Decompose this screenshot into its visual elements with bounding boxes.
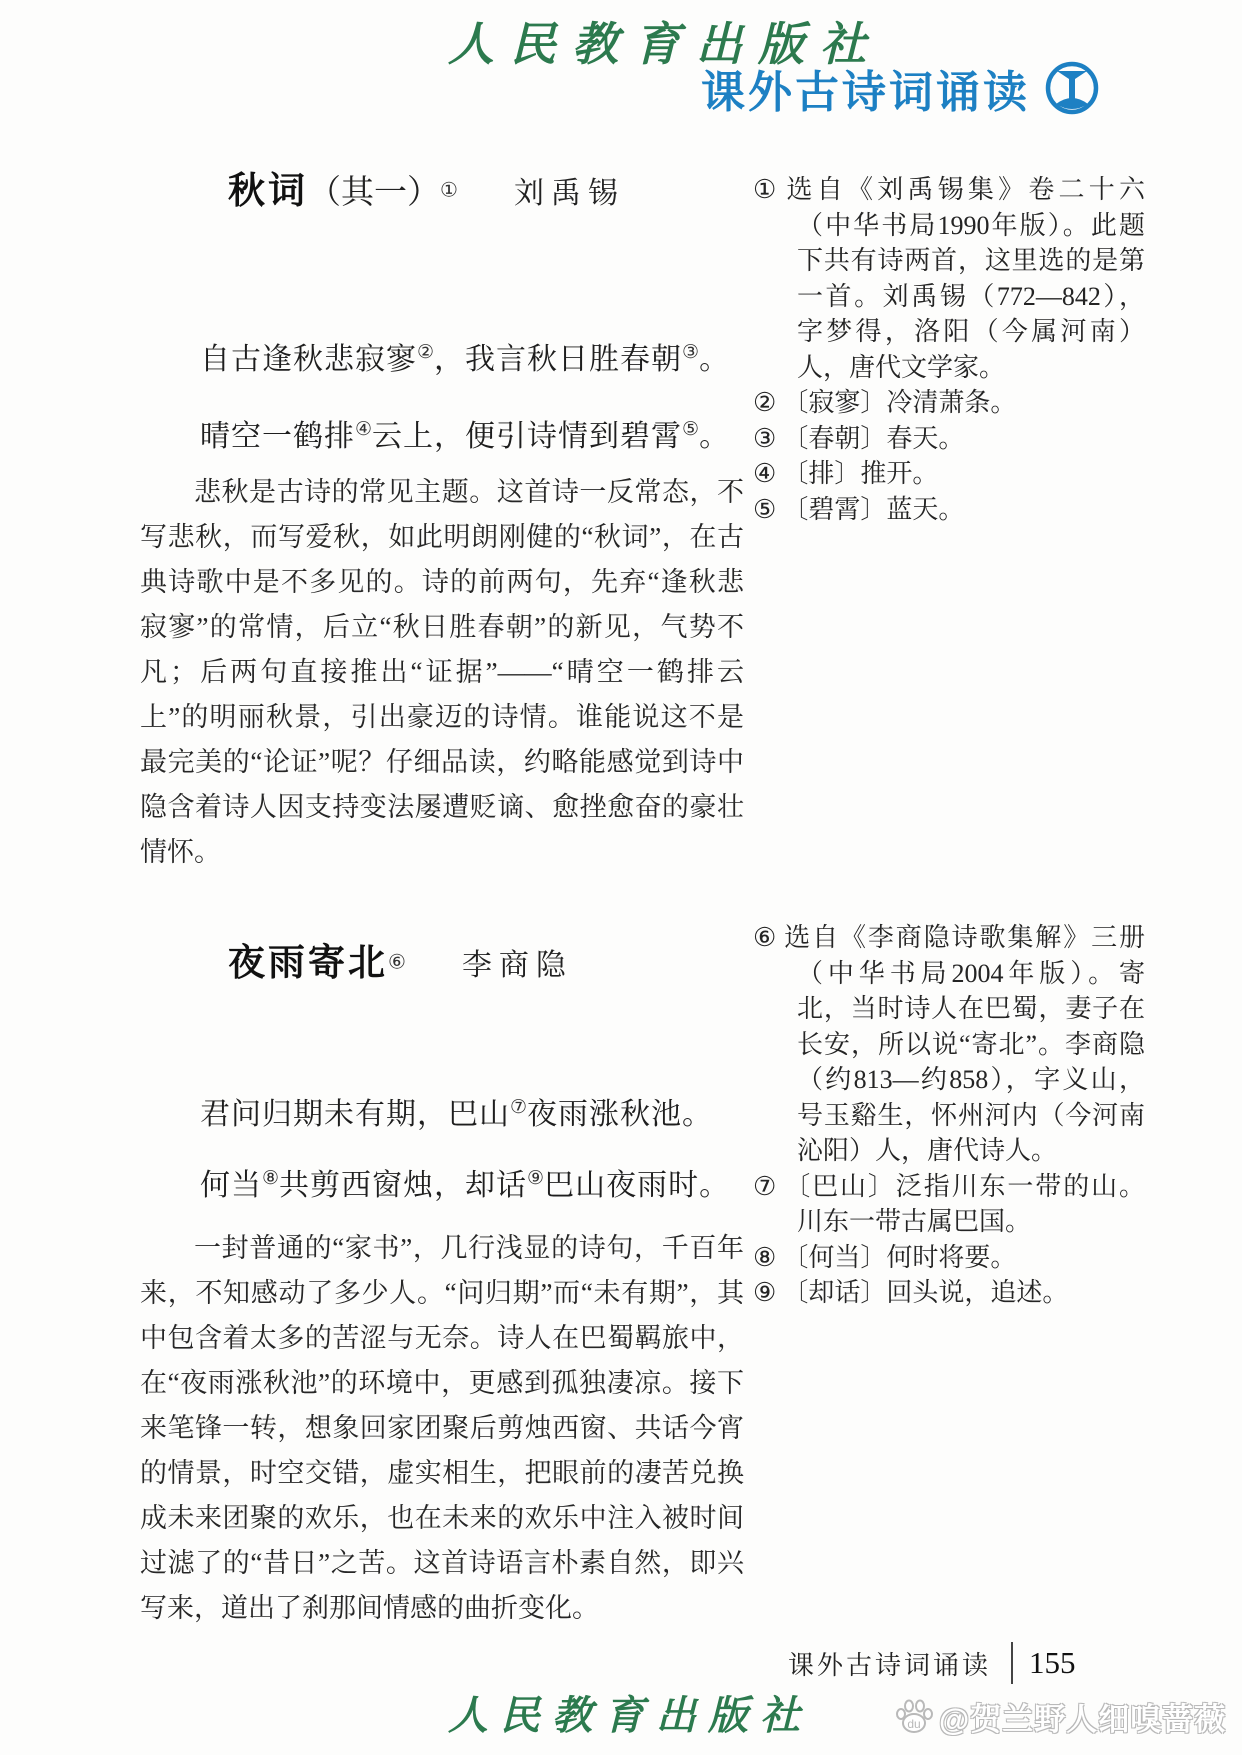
footnote-number: ⑦ — [753, 1172, 778, 1201]
footnote-number: ⑧ — [753, 1243, 776, 1272]
footnote-number: ⑨ — [753, 1278, 776, 1307]
poem1-author: 刘禹锡 — [514, 177, 625, 210]
footnote-text: 〔碧霄〕蓝天。 — [782, 495, 964, 524]
publisher-logo-bottom: 人民教育出版社 — [360, 1684, 900, 1741]
poem-text-segment: ，我言秋日胜春朝 — [434, 343, 682, 376]
poem-text-segment: 。 — [699, 420, 730, 453]
footnote-item: ⑧〔何当〕何时将要。 — [753, 1240, 1145, 1276]
poem2-lines: 君问归期未有期，巴山⑦夜雨涨秋池。何当⑧共剪西窗烛，却话⑨巴山夜雨时。 — [200, 1076, 730, 1218]
page-footer: 课外古诗词诵读 155 — [788, 1640, 1076, 1686]
poem-text-segment: 。 — [699, 343, 730, 376]
footnote-ref: ④ — [355, 419, 372, 440]
footnote-ref: ② — [417, 342, 434, 363]
footnote-ref: ③ — [682, 342, 699, 363]
poem-text-segment: 君问归期未有期，巴山 — [200, 1098, 510, 1131]
watermark: du @贺兰野人细嗅蔷薇 — [893, 1694, 1226, 1739]
footnote-number: ④ — [753, 459, 776, 488]
footnote-text: 〔排〕推开。 — [782, 459, 938, 488]
footnotes-column-2: ⑥选自《李商隐诗歌集解》三册（中华书局2004年版）。寄北，当时诗人在巴蜀，妻子… — [753, 920, 1145, 1311]
footnote-text: 〔巴山〕泛指川东一带的山。川东一带古属巴国。 — [784, 1172, 1145, 1237]
poem1-commentary: 悲秋是古诗的常见主题。这首诗一反常态，不写悲秋，而写爱秋，如此明朗刚健的“秋词”… — [140, 470, 744, 875]
poem1-footnote-ref: ① — [440, 180, 458, 202]
poem-text-segment: 共剪西窗烛，却话 — [279, 1169, 527, 1202]
footnote-number: ⑥ — [753, 923, 778, 952]
footer-divider — [1011, 1642, 1013, 1684]
poem-text-segment: 云上，便引诗情到碧霄 — [372, 420, 682, 453]
poem-line: 晴空一鹤排④云上，便引诗情到碧霄⑤。 — [200, 395, 730, 472]
poem-text-segment: 自古逢秋悲寂寥 — [200, 343, 417, 376]
poem2-title-row: 夜雨寄北⑥李商隐 — [228, 932, 573, 986]
textbook-page: 人民教育出版社 课外古诗词诵读 秋词（其一）①刘禹锡 自古逢秋悲寂寥②，我言秋日… — [0, 0, 1242, 1755]
page-title: 课外古诗词诵读 — [701, 56, 1030, 120]
poem2-commentary: 一封普通的“家书”，几行浅显的诗句，千百年来，不知感动了多少人。“问归期”而“未… — [140, 1226, 744, 1631]
footnotes-column-1: ①选自《刘禹锡集》卷二十六（中华书局1990年版）。此题下共有诗两首，这里选的是… — [753, 172, 1145, 527]
poem-text-segment: 巴山夜雨时。 — [544, 1169, 730, 1202]
poem-line: 自古逢秋悲寂寥②，我言秋日胜春朝③。 — [200, 318, 730, 395]
footnote-item: ⑥选自《李商隐诗歌集解》三册（中华书局2004年版）。寄北，当时诗人在巴蜀，妻子… — [753, 920, 1145, 1169]
footnote-item: ⑨〔却话〕回头说，追述。 — [753, 1275, 1145, 1311]
footnote-text: 〔何当〕何时将要。 — [782, 1243, 1016, 1272]
footnote-text: 选自《李商隐诗歌集解》三册（中华书局2004年版）。寄北，当时诗人在巴蜀，妻子在… — [784, 923, 1145, 1165]
footnote-item: ③〔春朝〕春天。 — [753, 421, 1145, 457]
poem-text-segment: 夜雨涨秋池。 — [527, 1098, 713, 1131]
footnote-number: ① — [753, 175, 781, 204]
footer-page-number: 155 — [1029, 1645, 1076, 1681]
poem-text-segment: 何当 — [200, 1169, 262, 1202]
footnote-ref: ⑨ — [527, 1168, 544, 1189]
footnote-item: ⑤〔碧霄〕蓝天。 — [753, 492, 1145, 528]
poem-text-segment: 晴空一鹤排 — [200, 420, 355, 453]
poem2-footnote-ref: ⑥ — [388, 952, 406, 974]
footnote-ref: ⑧ — [262, 1168, 279, 1189]
footnote-text: 〔春朝〕春天。 — [782, 424, 964, 453]
poem1-title: 秋词 — [228, 171, 308, 212]
footnote-number: ⑤ — [753, 495, 776, 524]
volume-1-circle-icon — [1044, 60, 1100, 116]
footnote-text: 〔寂寥〕冷清萧条。 — [782, 388, 1016, 417]
poem-line: 何当⑧共剪西窗烛，却话⑨巴山夜雨时。 — [200, 1147, 730, 1218]
footnote-item: ①选自《刘禹锡集》卷二十六（中华书局1990年版）。此题下共有诗两首，这里选的是… — [753, 172, 1145, 385]
poem1-title-row: 秋词（其一）①刘禹锡 — [228, 160, 625, 214]
footnote-item: ④〔排〕推开。 — [753, 456, 1145, 492]
footnote-item: ⑦〔巴山〕泛指川东一带的山。川东一带古属巴国。 — [753, 1169, 1145, 1240]
watermark-text: @贺兰野人细嗅蔷薇 — [939, 1694, 1226, 1739]
baidu-paw-icon: du — [893, 1696, 935, 1738]
footnote-ref: ⑦ — [510, 1097, 527, 1118]
footnote-ref: ⑤ — [682, 419, 699, 440]
poem2-title: 夜雨寄北 — [228, 943, 388, 984]
footnote-text: 〔却话〕回头说，追述。 — [782, 1278, 1068, 1307]
poem2-author: 李商隐 — [462, 949, 573, 982]
footnote-text: 选自《刘禹锡集》卷二十六（中华书局1990年版）。此题下共有诗两首，这里选的是第… — [787, 175, 1145, 382]
section-header: 课外古诗词诵读 — [600, 56, 1100, 120]
footnote-item: ②〔寂寥〕冷清萧条。 — [753, 385, 1145, 421]
poem-line: 君问归期未有期，巴山⑦夜雨涨秋池。 — [200, 1076, 730, 1147]
paw-icon-label: du — [907, 1717, 920, 1731]
footer-section-label: 课外古诗词诵读 — [788, 1645, 991, 1682]
poem1-lines: 自古逢秋悲寂寥②，我言秋日胜春朝③。晴空一鹤排④云上，便引诗情到碧霄⑤。 — [200, 318, 730, 472]
footnote-number: ② — [753, 388, 776, 417]
poem1-subtitle: （其一） — [308, 175, 440, 211]
footnote-number: ③ — [753, 424, 776, 453]
